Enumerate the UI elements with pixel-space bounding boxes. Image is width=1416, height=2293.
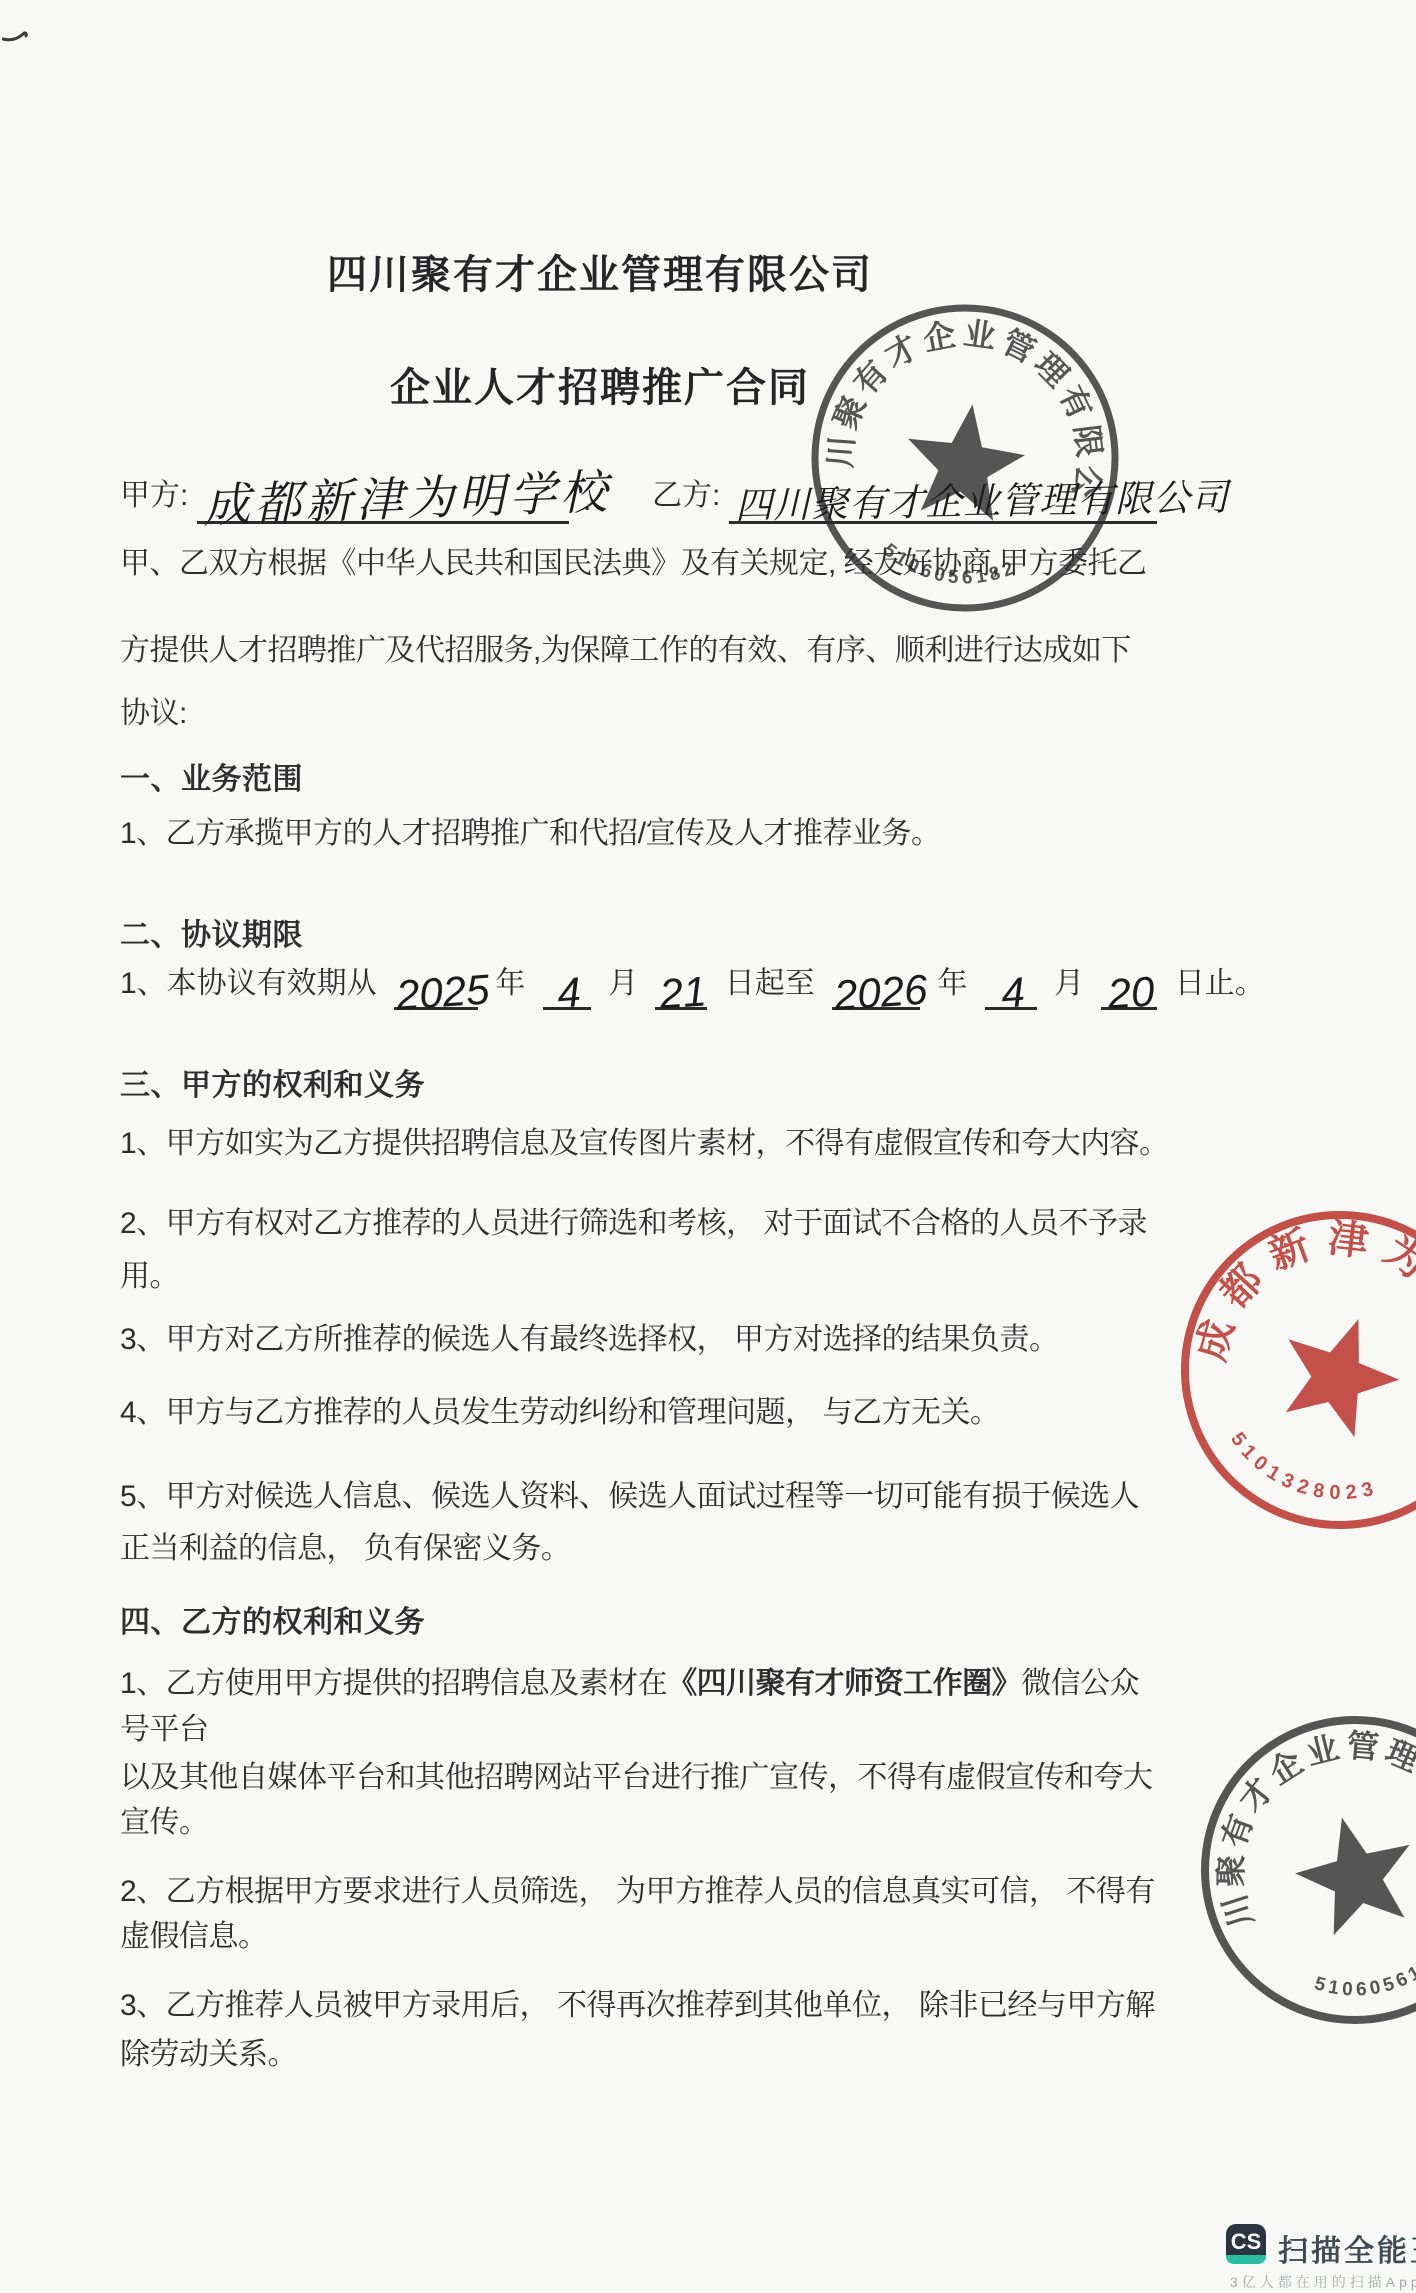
validity-prefix: 1、本协议有效期从 <box>120 958 377 1010</box>
section4-heading: 四、乙方的权利和义务 <box>120 1597 425 1641</box>
section4-item1-bold-platform-name: 《四川聚有才师资工作圈》 <box>667 1667 1021 1700</box>
intro-line-3: 协议: <box>120 688 187 732</box>
party-row: 甲方: 成都新津为明学校 . 乙方: 四川聚有才企业管理有限公司 <box>120 468 1157 524</box>
unit-year-1: 年 <box>495 958 525 1010</box>
section3-item1: 1、甲方如实为乙方提供招聘信息及宣传图片素材，不得有虚假宣传和夸大内容。 <box>120 1118 1169 1162</box>
party-a-label: 甲方: <box>120 470 188 524</box>
party-a-blank: 成都新津为明学校 <box>197 468 569 524</box>
end-day-blank: 20 <box>1101 962 1157 1010</box>
svg-text:成都新津为明学校: 成都新津为明学校 <box>1185 1173 1416 1455</box>
logo-letters: CS <box>1226 2224 1266 2260</box>
company-seal-bottom: 四川聚有才企业管理有限公司 5106056182 <box>1149 1664 1416 2076</box>
section4-item1-line3: 以及其他自媒体平台和其他招聘网站平台进行推广宣传，不得有虚假宣传和夸大 <box>120 1752 1153 1796</box>
svg-text:5106056182: 5106056182 <box>1308 1941 1416 2014</box>
school-seal-red: 成都新津为明学校 5101328023 <box>1109 1139 1416 1600</box>
end-day-handwriting: 20 <box>1102 967 1161 1019</box>
section3-item3: 3、甲方对乙方所推荐的候选人有最终选择权， 甲方对选择的结果负责。 <box>120 1314 1059 1358</box>
section4-item1-line1: 1、乙方使用甲方提供的招聘信息及素材在《四川聚有才师资工作圈》微信公众 <box>120 1658 1139 1702</box>
start-day-handwriting: 21 <box>656 967 711 1019</box>
camscanner-logo-icon: CS <box>1226 2224 1266 2264</box>
party-b-blank: 四川聚有才企业管理有限公司 <box>729 468 1157 524</box>
section1-item1: 1、乙方承揽甲方的人才招聘推广和代招/宣传及人才推荐业务。 <box>120 808 941 852</box>
section4-item1-line2: 号平台 <box>120 1704 209 1748</box>
section3-item4: 4、甲方与乙方推荐的人员发生劳动纠纷和管理问题， 与乙方无关。 <box>120 1387 1000 1431</box>
start-month-blank: 4 <box>543 962 591 1010</box>
section4-item1-line4: 宣传。 <box>120 1797 209 1841</box>
seal-school-name: 成都新津为明学校 <box>1185 1173 1416 1455</box>
section3-heading: 三、甲方的权利和义务 <box>120 1060 425 1104</box>
company-seal-top: 四川聚有才企业管理有限公司 5106056182 <box>771 264 1160 653</box>
watermark-app-name: 扫描全能王™ <box>1278 2226 1416 2270</box>
svg-text:5101328023: 5101328023 <box>1216 1424 1387 1524</box>
seal-registration-number: 5101328023 <box>1216 1424 1387 1524</box>
seal-registration-number: 5106056182 <box>1308 1941 1416 2014</box>
validity-mid: 日起至 <box>725 958 815 1010</box>
end-year-handwriting: 2026 <box>833 966 924 1020</box>
ink-mark <box>2 26 36 46</box>
section4-item1-post: 微信公众 <box>1021 1667 1139 1700</box>
intro-line-2: 方提供人才招聘推广及代招服务,为保障工作的有效、有序、顺利进行达成如下 <box>120 625 1131 669</box>
start-day-blank: 21 <box>655 962 707 1010</box>
unit-year-2: 年 <box>937 958 967 1010</box>
validity-suffix: 日止。 <box>1175 958 1265 1010</box>
section4-item2-line2: 虚假信息。 <box>120 1911 268 1955</box>
scanned-contract-page: 四川聚有才企业管理有限公司 企业人才招聘推广合同 四川聚有才企业管理有限公司 5… <box>0 0 1416 2293</box>
party-b-label: 乙方: <box>652 470 720 524</box>
section3-item5-line2: 正当利益的信息， 负有保密义务。 <box>120 1523 570 1567</box>
watermark-tagline: 3亿人都在用的扫描App <box>1230 2272 1416 2292</box>
unit-month-2: 月 <box>1054 958 1084 1010</box>
section3-item2-line2: 用。 <box>120 1251 179 1295</box>
end-year-blank: 2026 <box>832 962 920 1010</box>
section2-heading: 二、协议期限 <box>120 910 303 954</box>
start-year-handwriting: 2025 <box>394 966 481 1020</box>
section1-heading: 一、业务范围 <box>120 754 303 798</box>
seal-star-icon <box>1285 1803 1416 1940</box>
end-month-blank: 4 <box>985 962 1037 1010</box>
section4-item2-line1: 2、乙方根据甲方要求进行人员筛选， 为甲方推荐人员的信息真实可信， 不得有 <box>120 1866 1155 1910</box>
party-a-handwriting: 成都新津为明学校 <box>202 455 612 536</box>
start-month-handwriting: 4 <box>543 967 594 1018</box>
section4-item3-line2: 除劳动关系。 <box>120 2029 297 2073</box>
party-b-handwriting: 四川聚有才企业管理有限公司 <box>734 467 1229 530</box>
section3-item2-line1: 2、甲方有权对乙方推荐的人员进行筛选和考核， 对于面试不合格的人员不予录 <box>120 1198 1147 1242</box>
section4-item1-pre: 1、乙方使用甲方提供的招聘信息及素材在 <box>120 1667 667 1700</box>
unit-month-1: 月 <box>608 958 638 1010</box>
start-year-blank: 2025 <box>394 962 478 1010</box>
seal-star-icon <box>1265 1299 1414 1445</box>
end-month-handwriting: 4 <box>985 967 1040 1019</box>
section3-item5-line1: 5、甲方对候选人信息、候选人资料、候选人面试过程等一切可能有损于候选人 <box>120 1471 1139 1515</box>
intro-line-1: 甲、乙双方根据《中华人民共和国民法典》及有关规定, 经友好协商,甲方委托乙 <box>120 538 1147 582</box>
section2-validity-line: 1、本协议有效期从 2025 年 4 月 21 日起至 2026 年 4 月 2… <box>120 958 1265 1010</box>
section4-item3-line1: 3、乙方推荐人员被甲方录用后， 不得再次推荐到其他单位， 除非已经与甲方解 <box>120 1980 1155 2024</box>
